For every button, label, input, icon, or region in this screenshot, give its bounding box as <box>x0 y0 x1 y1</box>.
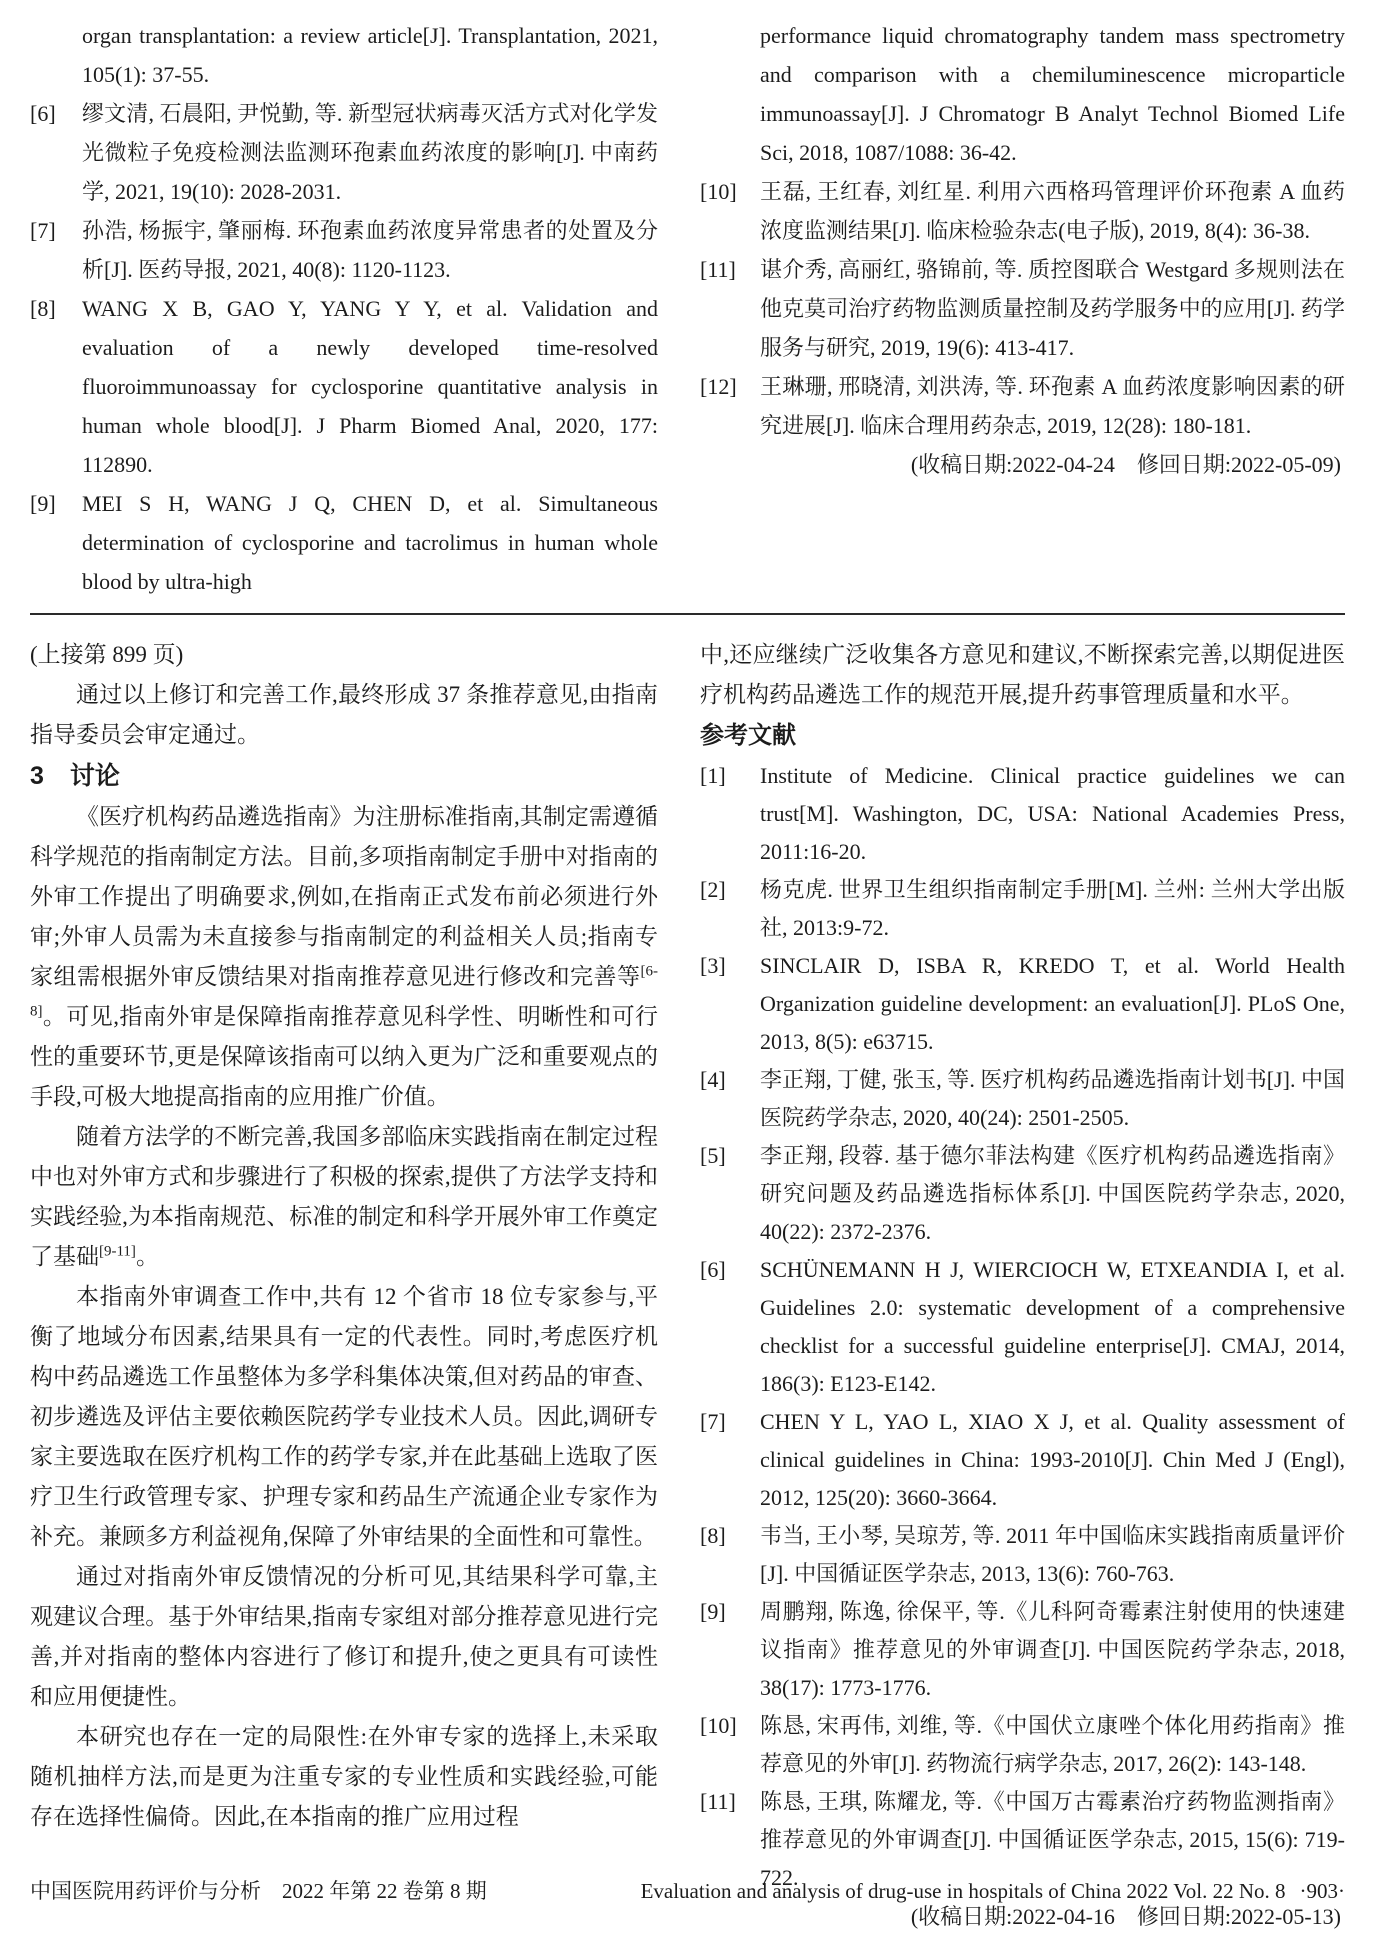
page-footer: 中国医院用药评价与分析 2022 年第 22 卷第 8 期 Evaluation… <box>30 1876 1345 1906</box>
footer-page-number: ·903· <box>1300 1876 1346 1906</box>
lead-paragraph: 通过以上修订和完善工作,最终形成 37 条推荐意见,由指南指导委员会审定通过。 <box>30 675 658 755</box>
references-heading: 参考文献 <box>700 715 1345 757</box>
reference-text: 周鹏翔, 陈逸, 徐保平, 等.《儿科阿奇霉素注射使用的快速建议指南》推荐意见的… <box>760 1593 1345 1707</box>
reference-number: [8] <box>30 289 82 484</box>
reference-item: [5]李正翔, 段蓉. 基于德尔菲法构建《医疗机构药品遴选指南》研究问题及药品遴… <box>700 1137 1345 1251</box>
reference-text: 谌介秀, 高丽红, 骆锦前, 等. 质控图联合 Westgard 多规则法在他克… <box>760 250 1345 367</box>
reference-item: [6]缪文清, 石晨阳, 尹悦勤, 等. 新型冠状病毒灭活方式对化学发光微粒子免… <box>30 94 658 211</box>
reference-text: 韦当, 王小琴, 吴琼芳, 等. 2011 年中国临床实践指南质量评价[J]. … <box>760 1517 1345 1593</box>
bottom-reference-list: [1]Institute of Medicine. Clinical pract… <box>700 757 1345 1897</box>
reference-text: CHEN Y L, YAO L, XIAO X J, et al. Qualit… <box>760 1403 1345 1517</box>
reference-number: [6] <box>30 94 82 211</box>
reference-text: 孙浩, 杨振宇, 肇丽梅. 环孢素血药浓度异常患者的处置及分析[J]. 医药导报… <box>82 211 658 289</box>
reference-text: 李正翔, 丁健, 张玉, 等. 医疗机构药品遴选指南计划书[J]. 中国医院药学… <box>760 1061 1345 1137</box>
footer-journal-cn: 中国医院用药评价与分析 2022 年第 22 卷第 8 期 <box>30 1876 487 1906</box>
reference-number: [9] <box>700 1593 760 1707</box>
reference-carryover-text: performance liquid chromatography tandem… <box>700 16 1345 172</box>
reference-number: [4] <box>700 1061 760 1137</box>
reference-number: [1] <box>700 757 760 871</box>
reference-number: [8] <box>700 1517 760 1593</box>
reference-text: 杨克虎. 世界卫生组织指南制定手册[M]. 兰州: 兰州大学出版社, 2013:… <box>760 871 1345 947</box>
reference-text: 李正翔, 段蓉. 基于德尔菲法构建《医疗机构药品遴选指南》研究问题及药品遴选指标… <box>760 1137 1345 1251</box>
discussion-paragraphs: 《医疗机构药品遴选指南》为注册标准指南,其制定需遵循科学规范的指南制定方法。目前… <box>30 797 658 1837</box>
section-number: 3 <box>30 762 44 790</box>
section-divider <box>30 613 1345 615</box>
top-reference-section: organ transplantation: a review article[… <box>30 16 1345 601</box>
reference-number: [7] <box>30 211 82 289</box>
top-left-reference-list: [6]缪文清, 石晨阳, 尹悦勤, 等. 新型冠状病毒灭活方式对化学发光微粒子免… <box>30 94 658 601</box>
reference-number: [7] <box>700 1403 760 1517</box>
discussion-paragraph: 通过对指南外审反馈情况的分析可见,其结果科学可靠,主观建议合理。基于外审结果,指… <box>30 1557 658 1717</box>
reference-number: [11] <box>700 250 760 367</box>
bottom-left-column: (上接第 899 页) 通过以上修订和完善工作,最终形成 37 条推荐意见,由指… <box>30 635 658 1936</box>
reference-text: 王琳珊, 邢晓清, 刘洪涛, 等. 环孢素 A 血药浓度影响因素的研究进展[J]… <box>760 367 1345 445</box>
reference-number: [12] <box>700 367 760 445</box>
reference-item: [12]王琳珊, 邢晓清, 刘洪涛, 等. 环孢素 A 血药浓度影响因素的研究进… <box>700 367 1345 445</box>
reference-item: [2]杨克虎. 世界卫生组织指南制定手册[M]. 兰州: 兰州大学出版社, 20… <box>700 871 1345 947</box>
footer-journal-en: Evaluation and analysis of drug-use in h… <box>641 1876 1286 1906</box>
reference-number: [6] <box>700 1251 760 1403</box>
reference-text: WANG X B, GAO Y, YANG Y Y, et al. Valida… <box>82 289 658 484</box>
reference-text: MEI S H, WANG J Q, CHEN D, et al. Simult… <box>82 484 658 601</box>
received-revised-dates: (收稿日期:2022-04-24 修回日期:2022-05-09) <box>700 445 1345 484</box>
discussion-paragraph: 本研究也存在一定的局限性:在外审专家的选择上,未采取随机抽样方法,而是更为注重专… <box>30 1717 658 1837</box>
top-left-column: organ transplantation: a review article[… <box>30 16 658 601</box>
reference-carryover-text: organ transplantation: a review article[… <box>30 16 658 94</box>
reference-text: Institute of Medicine. Clinical practice… <box>760 757 1345 871</box>
reference-number: [9] <box>30 484 82 601</box>
reference-text: SINCLAIR D, ISBA R, KREDO T, et al. Worl… <box>760 947 1345 1061</box>
continued-from-note: (上接第 899 页) <box>30 635 658 675</box>
reference-number: [2] <box>700 871 760 947</box>
bottom-right-column: 中,还应继续广泛收集各方意见和建议,不断探索完善,以期促进医疗机构药品遴选工作的… <box>700 635 1345 1936</box>
reference-item: [10]陈恳, 宋再伟, 刘维, 等.《中国伏立康唑个体化用药指南》推荐意见的外… <box>700 1707 1345 1783</box>
reference-item: [6]SCHÜNEMANN H J, WIERCIOCH W, ETXEANDI… <box>700 1251 1345 1403</box>
reference-item: [3]SINCLAIR D, ISBA R, KREDO T, et al. W… <box>700 947 1345 1061</box>
reference-item: [7]孙浩, 杨振宇, 肇丽梅. 环孢素血药浓度异常患者的处置及分析[J]. 医… <box>30 211 658 289</box>
reference-item: [9]MEI S H, WANG J Q, CHEN D, et al. Sim… <box>30 484 658 601</box>
section-title: 讨论 <box>70 762 120 790</box>
reference-text: 王磊, 王红春, 刘红星. 利用六西格玛管理评价环孢素 A 血药浓度监测结果[J… <box>760 172 1345 250</box>
reference-number: [5] <box>700 1137 760 1251</box>
reference-item: [10]王磊, 王红春, 刘红星. 利用六西格玛管理评价环孢素 A 血药浓度监测… <box>700 172 1345 250</box>
carryover-paragraph: 中,还应继续广泛收集各方意见和建议,不断探索完善,以期促进医疗机构药品遴选工作的… <box>700 635 1345 715</box>
top-right-column: performance liquid chromatography tandem… <box>700 16 1345 601</box>
reference-text: 陈恳, 宋再伟, 刘维, 等.《中国伏立康唑个体化用药指南》推荐意见的外审[J]… <box>760 1707 1345 1783</box>
reference-item: [11]谌介秀, 高丽红, 骆锦前, 等. 质控图联合 Westgard 多规则… <box>700 250 1345 367</box>
reference-number: [10] <box>700 1707 760 1783</box>
reference-item: [9]周鹏翔, 陈逸, 徐保平, 等.《儿科阿奇霉素注射使用的快速建议指南》推荐… <box>700 1593 1345 1707</box>
discussion-paragraph: 随着方法学的不断完善,我国多部临床实践指南在制定过程中也对外审方式和步骤进行了积… <box>30 1117 658 1277</box>
reference-item: [8]韦当, 王小琴, 吴琼芳, 等. 2011 年中国临床实践指南质量评价[J… <box>700 1517 1345 1593</box>
reference-item: [4]李正翔, 丁健, 张玉, 等. 医疗机构药品遴选指南计划书[J]. 中国医… <box>700 1061 1345 1137</box>
reference-number: [3] <box>700 947 760 1061</box>
reference-item: [8]WANG X B, GAO Y, YANG Y Y, et al. Val… <box>30 289 658 484</box>
reference-text: SCHÜNEMANN H J, WIERCIOCH W, ETXEANDIA I… <box>760 1251 1345 1403</box>
bottom-article-section: (上接第 899 页) 通过以上修订和完善工作,最终形成 37 条推荐意见,由指… <box>30 635 1345 1936</box>
discussion-paragraph: 本指南外审调查工作中,共有 12 个省市 18 位专家参与,平衡了地域分布因素,… <box>30 1277 658 1557</box>
discussion-heading: 3讨论 <box>30 755 658 797</box>
reference-text: 缪文清, 石晨阳, 尹悦勤, 等. 新型冠状病毒灭活方式对化学发光微粒子免疫检测… <box>82 94 658 211</box>
discussion-paragraph: 《医疗机构药品遴选指南》为注册标准指南,其制定需遵循科学规范的指南制定方法。目前… <box>30 797 658 1117</box>
top-right-reference-list: [10]王磊, 王红春, 刘红星. 利用六西格玛管理评价环孢素 A 血药浓度监测… <box>700 172 1345 445</box>
reference-item: [1]Institute of Medicine. Clinical pract… <box>700 757 1345 871</box>
journal-page: organ transplantation: a review article[… <box>0 0 1375 1940</box>
reference-number: [10] <box>700 172 760 250</box>
reference-item: [7]CHEN Y L, YAO L, XIAO X J, et al. Qua… <box>700 1403 1345 1517</box>
